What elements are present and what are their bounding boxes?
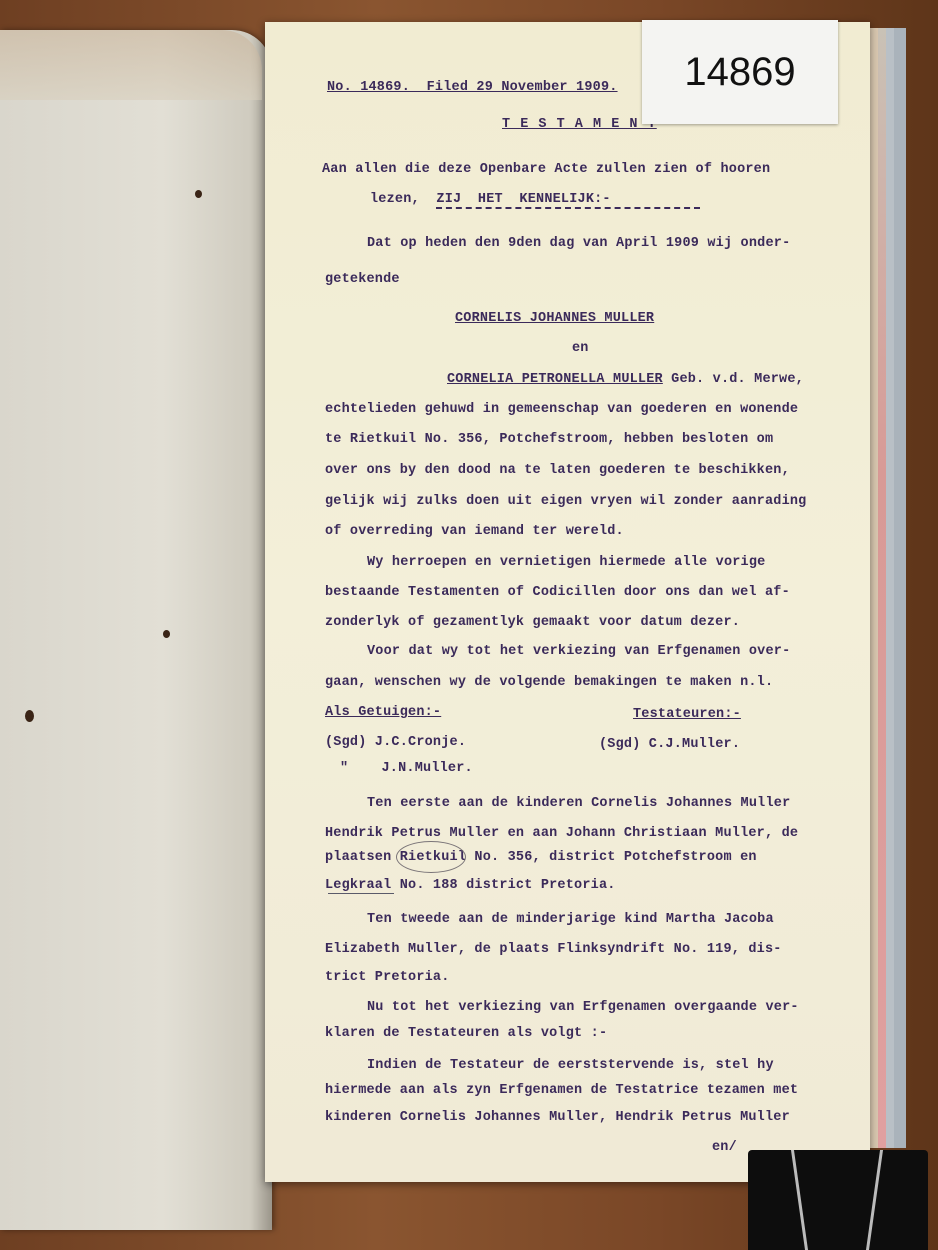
text-line: Voor dat wy tot het verkiezing van Erfge… (367, 644, 790, 659)
continuation-marker: en/ (712, 1140, 737, 1155)
text-line: Ten eerste aan de kinderen Cornelis Joha… (367, 796, 790, 811)
handwritten-underline (328, 893, 394, 894)
text-line: trict Pretoria. (325, 970, 450, 985)
file-number-sticker: 14869 (642, 20, 838, 124)
text-line: over ons by den dood na te laten goedere… (325, 463, 790, 478)
punch-hole (163, 630, 170, 638)
text-line: klaren de Testateuren als volgt :- (325, 1026, 607, 1041)
text-line: getekende (325, 272, 400, 287)
text-line: te Rietkuil No. 356, Potchefstroom, hebb… (325, 432, 773, 447)
dashed-rule (436, 207, 700, 209)
page-stack-edge-pink (878, 28, 886, 1148)
witness-signature: " J.N.Muller. (340, 761, 473, 776)
page-stack-edge-grey (894, 28, 906, 1148)
text-line: zonderlyk of gezamentlyk gemaakt voor da… (325, 615, 740, 630)
text-line: of overreding van iemand ter wereld. (325, 524, 624, 539)
text-line: hiermede aan als zyn Erfgenamen de Testa… (325, 1083, 798, 1098)
page-fold (0, 30, 262, 100)
punch-hole (25, 710, 34, 722)
text-line: gaan, wenschen wy de volgende bemakingen… (325, 675, 773, 690)
clip-lever (791, 1150, 808, 1250)
testators-heading: Testateuren:- (633, 707, 741, 722)
testator-signature: (Sgd) C.J.Muller. (599, 737, 740, 752)
text-line: Legkraal No. 188 district Pretoria. (325, 878, 616, 893)
text-line: plaatsen Rietkuil No. 356, district Potc… (325, 850, 757, 865)
text-line: Dat op heden den 9den dag van April 1909… (367, 236, 790, 251)
clip-lever (866, 1150, 883, 1250)
testatrix-name: CORNELIA PETRONELLA MULLER (447, 372, 663, 387)
text-line: Indien de Testateur de eerststervende is… (367, 1058, 774, 1073)
binder-clip (748, 1150, 928, 1250)
document-title: T E S T A M E N T (502, 117, 657, 132)
text-line: kinderen Cornelis Johannes Muller, Hendr… (325, 1110, 790, 1125)
text-line: Ten tweede aan de minderjarige kind Mart… (367, 912, 774, 927)
text-line: Hendrik Petrus Muller en aan Johann Chri… (325, 826, 798, 841)
testator-name: CORNELIS JOHANNES MULLER (455, 311, 654, 326)
page-stack-edge (870, 28, 878, 1148)
text-line: Geb. v.d. Merwe, (663, 372, 804, 387)
text-line: Aan allen die deze Openbare Acte zullen … (322, 162, 770, 177)
text-line: Wy herroepen en vernietigen hiermede all… (367, 555, 765, 570)
text-line: Elizabeth Muller, de plaats Flinksyndrif… (325, 942, 782, 957)
filing-header: No. 14869. Filed 29 November 1909. (327, 80, 618, 95)
witness-signature: (Sgd) J.C.Cronje. (325, 735, 466, 750)
text-line: echtelieden gehuwd in gemeenschap van go… (325, 402, 798, 417)
text-line: gelijk wij zulks doen uit eigen vryen wi… (325, 494, 806, 509)
page-stack-edge-blue (886, 28, 894, 1148)
text-line: lezen, ZIJ HET KENNELIJK:- (370, 192, 611, 207)
witnesses-heading: Als Getuigen:- (325, 705, 441, 720)
text-line: en (572, 341, 589, 356)
left-blank-page (0, 30, 272, 1230)
handwritten-circle-annotation (396, 841, 466, 873)
text-line: bestaande Testamenten of Codicillen door… (325, 585, 790, 600)
text-line: Nu tot het verkiezing van Erfgenamen ove… (367, 1000, 799, 1015)
punch-hole (195, 190, 202, 198)
